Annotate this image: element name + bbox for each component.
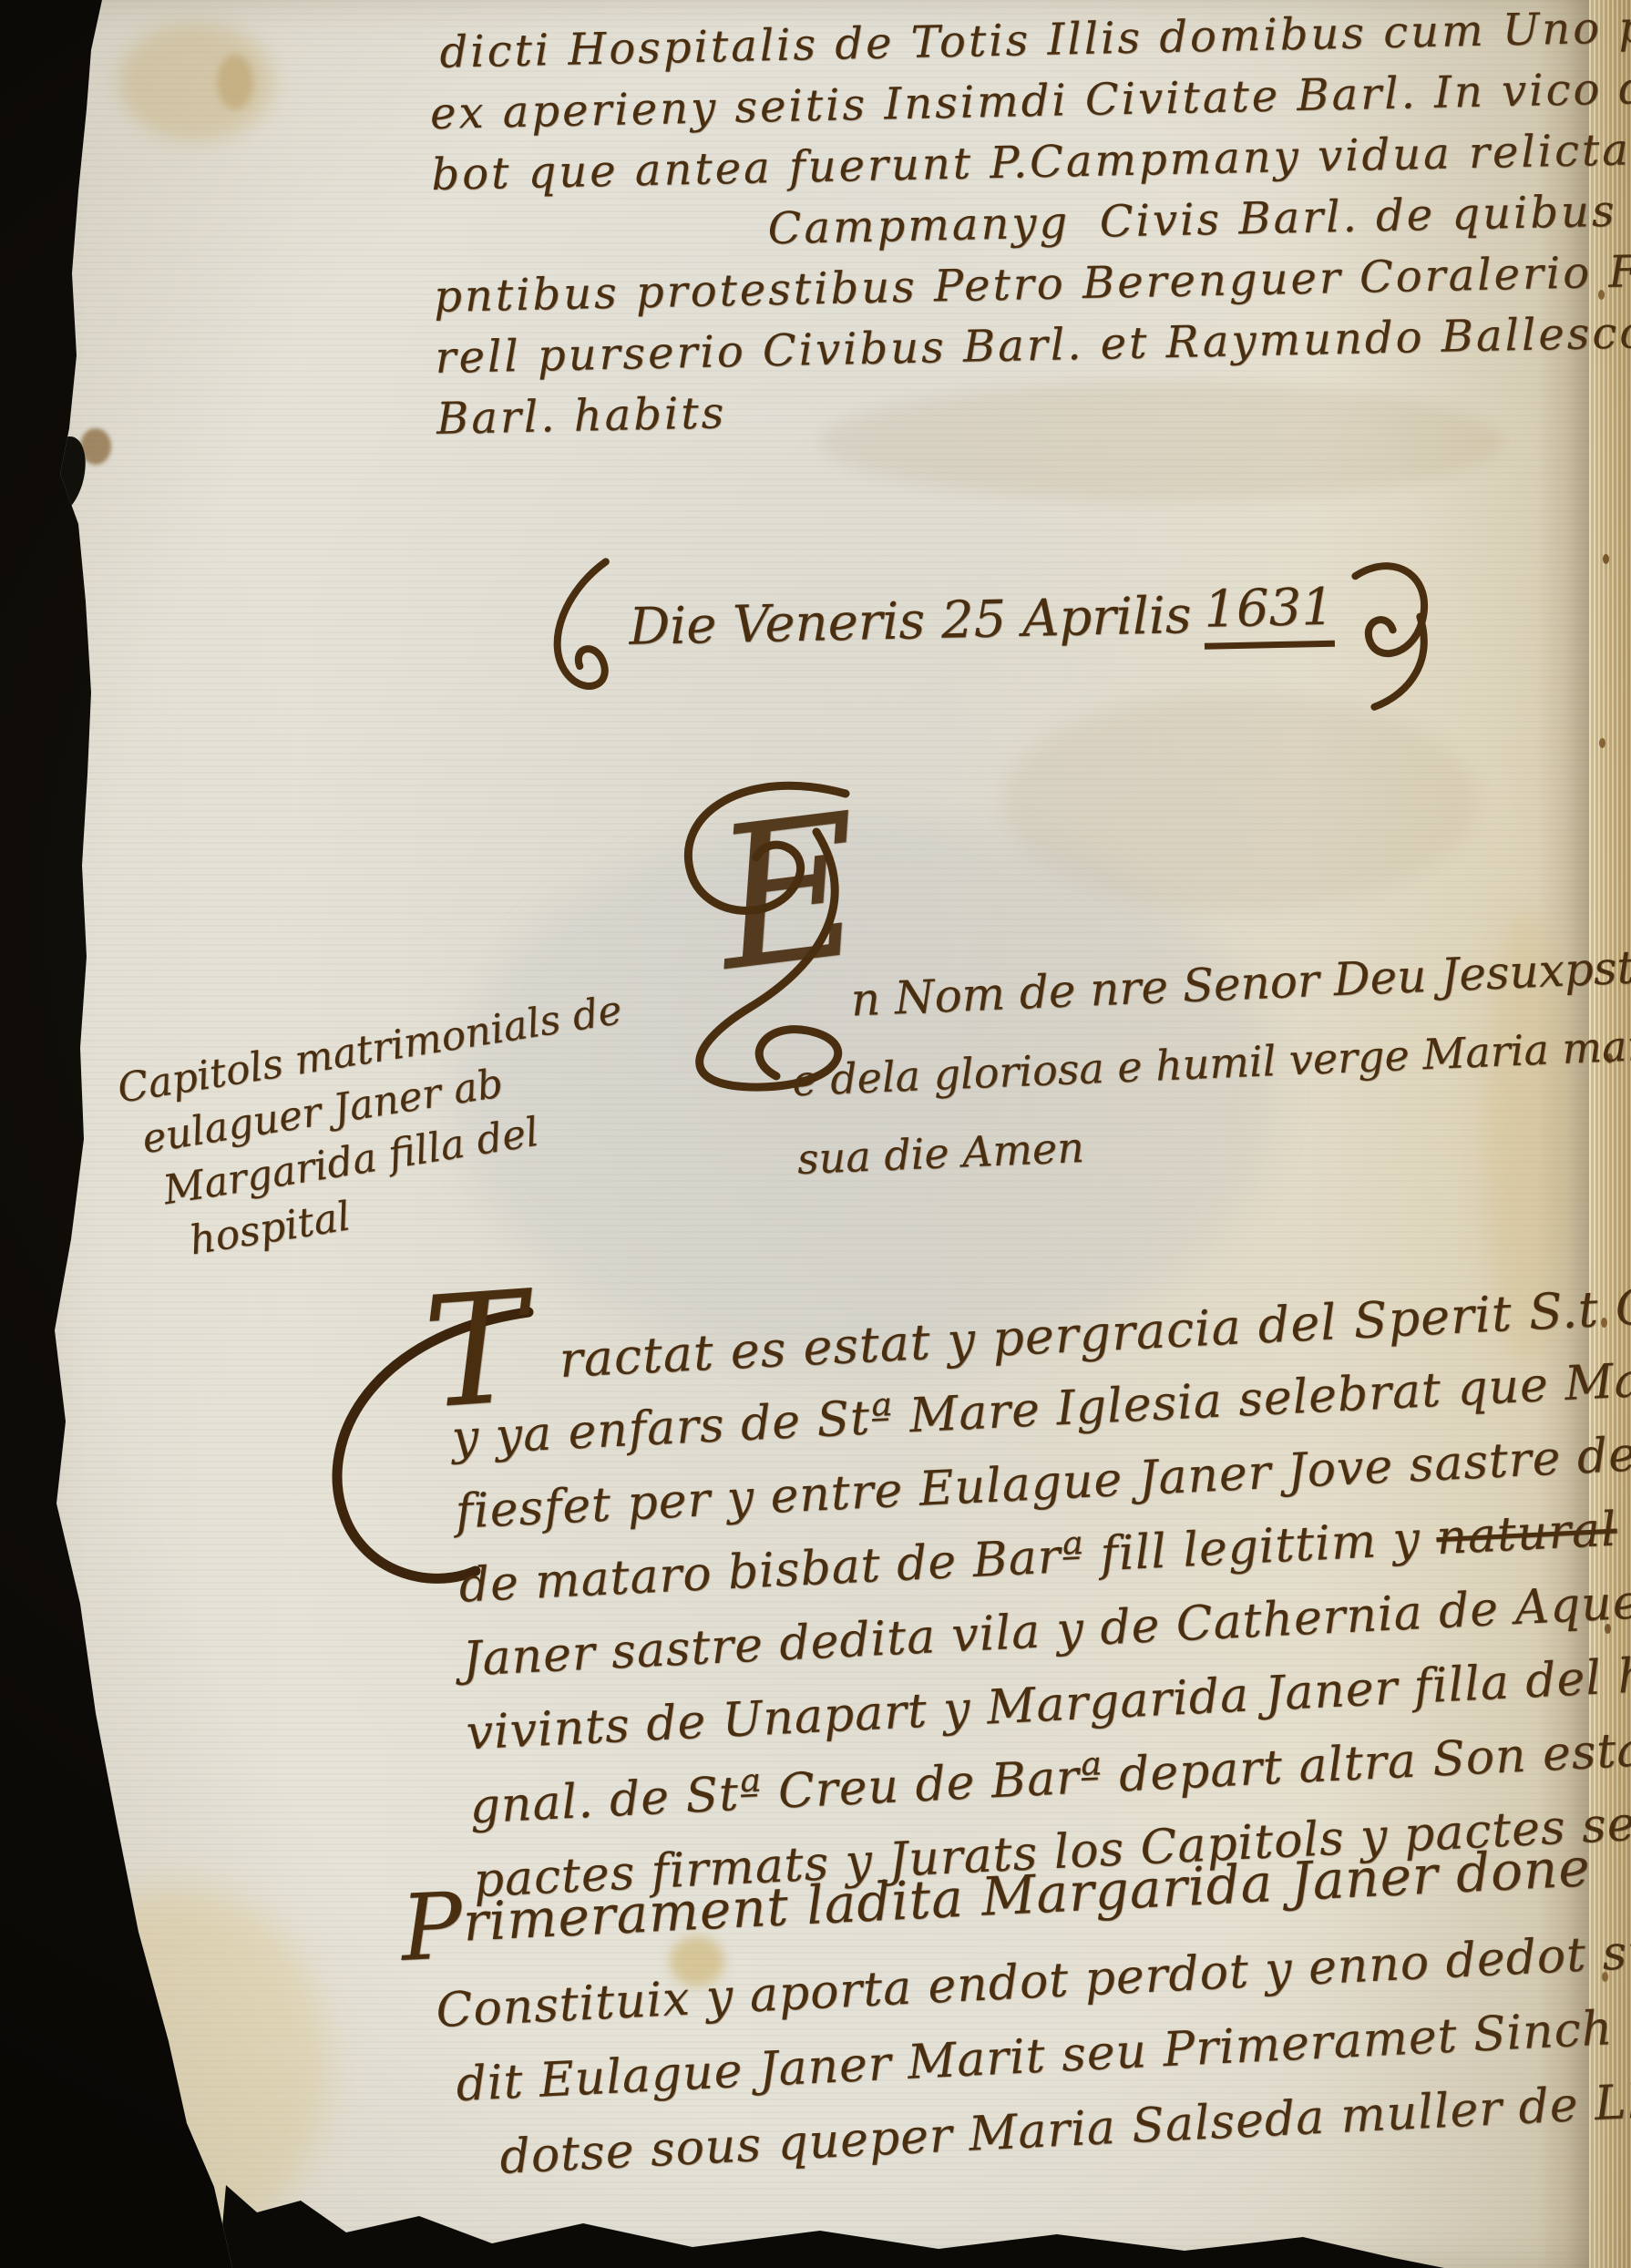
paper-sheet: dicti Hospitalis de Totis Illis domibus … [0,0,1631,2268]
paper-edge-hole [23,1470,61,1539]
manuscript-photograph: dicti Hospitalis de Totis Illis domibus … [0,0,1631,2268]
photo-vignette [0,0,1631,2268]
